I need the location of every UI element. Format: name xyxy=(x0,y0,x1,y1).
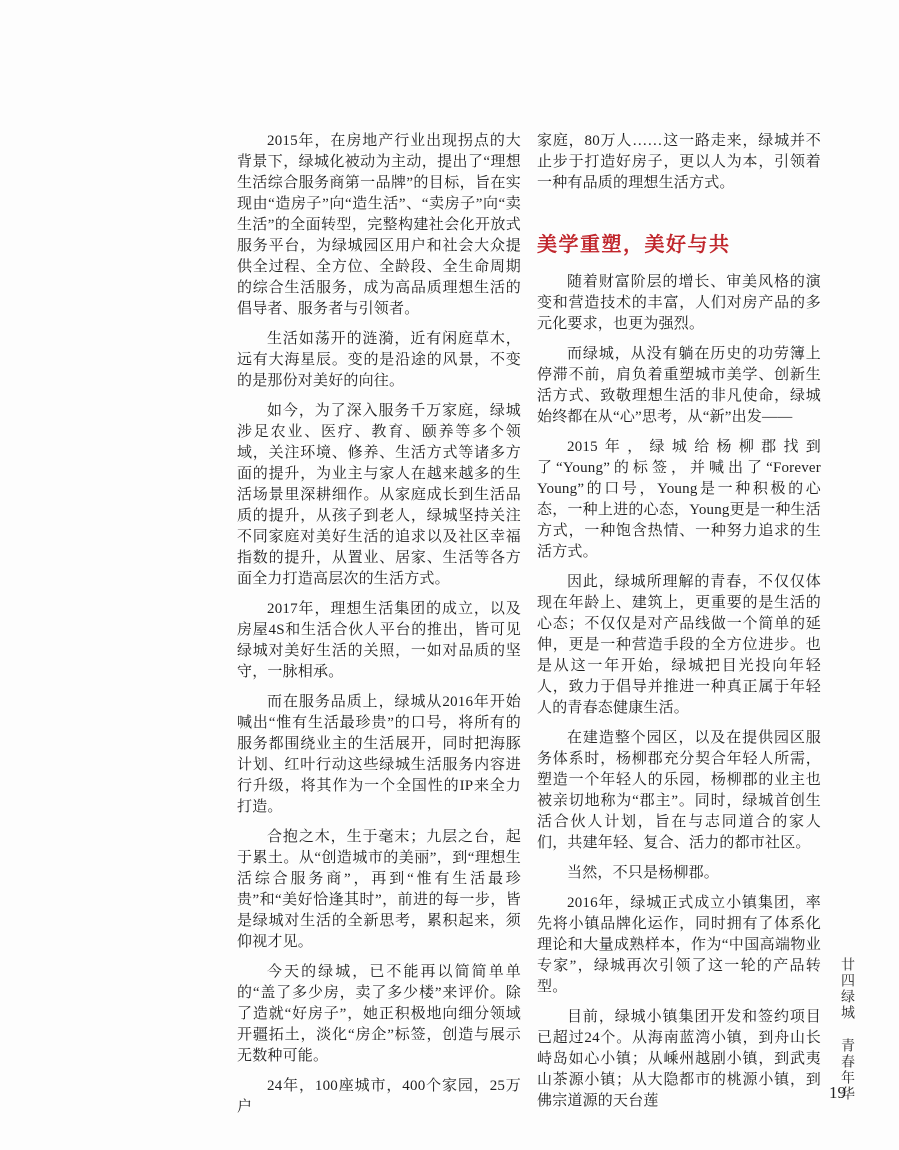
left-column: 2015年，在房地产行业出现拐点的大背景下，绿城化被动为主动，提出了“理想生活综… xyxy=(237,131,521,1127)
page-number: 19 xyxy=(829,1083,846,1103)
paragraph: 2015年，绿城给杨柳郡找到了“Young”的标签，并喊出了“Forever Y… xyxy=(537,437,821,563)
paragraph: 当然，不只是杨柳郡。 xyxy=(537,863,821,884)
continuation-paragraph: 家庭，80万人……这一路走来，绿城并不止步于打造好房子，更以人为本，引领着一种有… xyxy=(537,131,821,194)
paragraph: 在建造整个园区，以及在提供园区服务体系时，杨柳郡充分契合年轻人所需，塑造一个年轻… xyxy=(537,728,821,854)
paragraph: 而在服务品质上，绿城从2016年开始喊出“惟有生活最珍贵”的口号，将所有的服务都… xyxy=(237,692,521,818)
paragraph: 目前，绿城小镇集团开发和签约项目已超过24个。从海南蓝湾小镇，到舟山长峙岛如心小… xyxy=(537,1007,821,1112)
paragraph: 随着财富阶层的增长、审美风格的演变和营造技术的丰富，人们对房产品的多元化要求，也… xyxy=(537,272,821,335)
paragraph: 今天的绿城，已不能再以简简单单的“盖了多少房，卖了多少楼”来评价。除了造就“好房… xyxy=(237,962,521,1067)
sidebar-vertical-title: 廿四绿城 青春年华 xyxy=(836,957,856,1102)
right-column: 家庭，80万人……这一路走来，绿城并不止步于打造好房子，更以人为本，引领着一种有… xyxy=(537,131,821,1121)
section-heading: 美学重塑，美好与共 xyxy=(537,235,821,256)
paragraph: 2017年，理想生活集团的成立，以及房屋4S和生活合伙人平台的推出，皆可见绿城对… xyxy=(237,599,521,683)
paragraph: 因此，绿城所理解的青春，不仅仅体现在年龄上、建筑上，更重要的是生活的心态；不仅仅… xyxy=(537,572,821,719)
paragraph: 合抱之木，生于毫末；九层之台，起于累土。从“创造城市的美丽”，到“理想生活综合服… xyxy=(237,827,521,953)
paragraph: 24年，100座城市，400个家园，25万户 xyxy=(237,1076,521,1118)
paragraph: 如今，为了深入服务千万家庭，绿城涉足农业、医疗、教育、颐养等多个领域，关注环境、… xyxy=(237,401,521,590)
paragraph: 2015年，在房地产行业出现拐点的大背景下，绿城化被动为主动，提出了“理想生活综… xyxy=(237,131,521,320)
paragraph: 而绿城，从没有躺在历史的功劳簿上停滞不前，肩负着重塑城市美学、创新生活方式、致敬… xyxy=(537,344,821,428)
paragraph: 生活如荡开的涟漪，近有闲庭草木，远有大海星辰。变的是沿途的风景，不变的是那份对美… xyxy=(237,329,521,392)
paragraph: 2016年，绿城正式成立小镇集团，率先将小镇品牌化运作，同时拥有了体系化理论和大… xyxy=(537,893,821,998)
magazine-page: 2015年，在房地产行业出现拐点的大背景下，绿城化被动为主动，提出了“理想生活综… xyxy=(0,0,899,1150)
